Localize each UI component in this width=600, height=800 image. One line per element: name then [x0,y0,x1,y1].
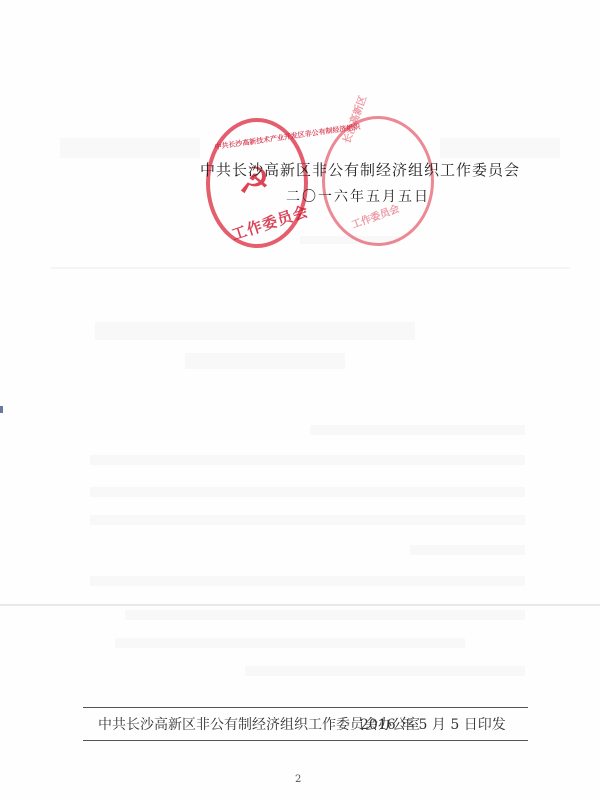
bleed-through-header [440,138,560,158]
bleed-through-line [410,545,525,555]
bleed-through-line [310,425,525,435]
signature-date: 二〇一六年五月五日 [286,186,430,206]
footer-rule-top [83,707,528,708]
bleed-through-rule [50,267,570,269]
scan-edge-mark [0,406,3,413]
page-number: 2 [295,774,301,785]
page-fold-line [0,604,600,606]
bleed-through-line [245,666,525,676]
bleed-through-title [185,353,345,369]
bleed-through-line [125,610,525,620]
document-page: ☭ 中共长沙高新技术产业开发区非公有制经济组织 工作委员会 长沙高新区 工作委员… [0,0,600,800]
bleed-through-line [90,576,525,586]
bleed-through-line [90,515,525,525]
signature-organization: 中共长沙高新区非公有制经济组织工作委员会 [200,159,520,180]
bleed-through-title [95,322,415,340]
bleed-through-header [60,138,200,158]
footer-issue-date: 2016 年 5 月 5 日印发 [360,714,506,734]
footer-rule-bottom [83,740,528,741]
bleed-through-line [90,455,525,465]
bleed-through-line [90,487,525,497]
bleed-through-line [115,638,465,648]
